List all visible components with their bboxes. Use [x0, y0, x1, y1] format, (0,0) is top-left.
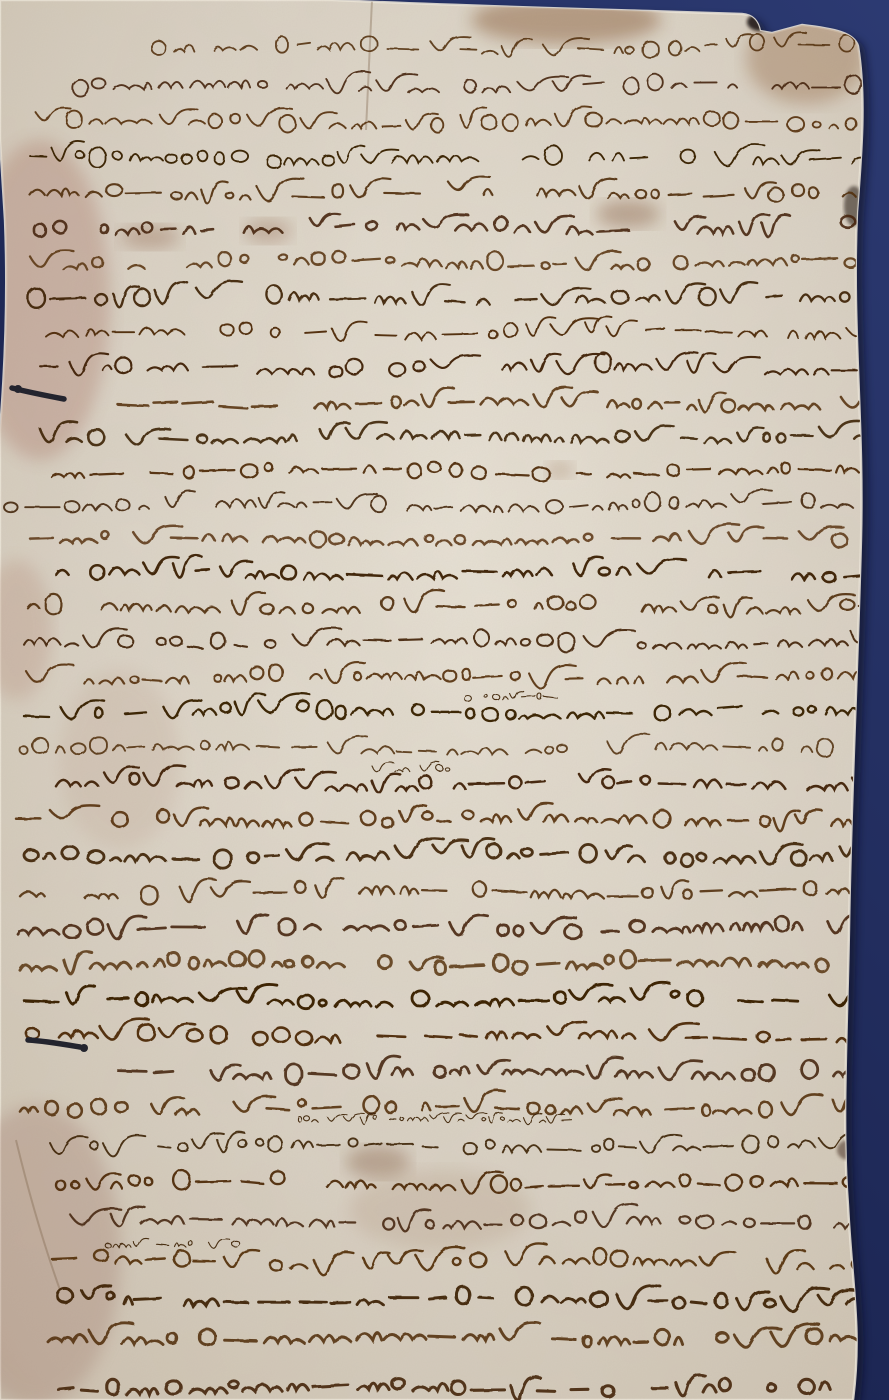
paper-stain	[596, 200, 660, 228]
margin-ink-blob	[14, 385, 22, 393]
paper-stain	[346, 1146, 410, 1178]
manuscript-photo	[0, 0, 889, 1400]
manuscript-scene	[0, 0, 889, 1400]
margin-ink-blob	[80, 1044, 88, 1052]
paper-stain	[350, 1170, 530, 1250]
